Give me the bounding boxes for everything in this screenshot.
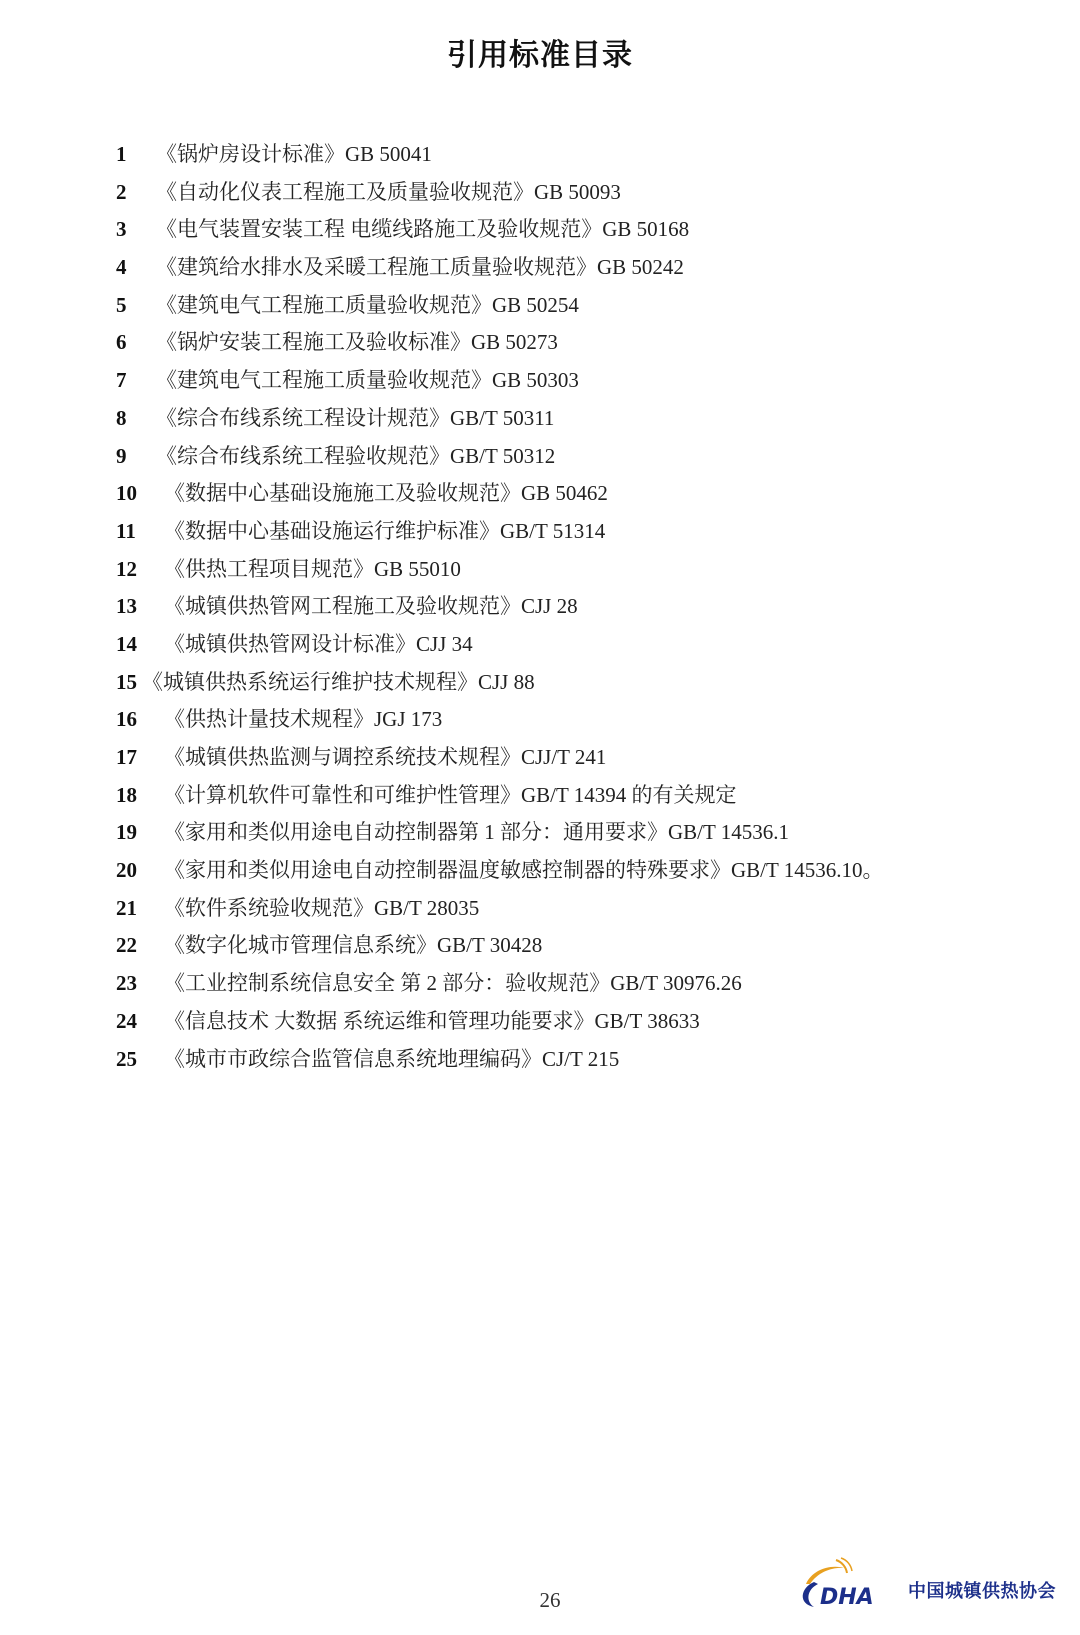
item-text: 《电气装置安装工程 电缆线路施工及验收规范》GB 50168 [156,211,689,249]
list-item: 2《自动化仪表工程施工及质量验收规范》GB 50093 [116,174,883,212]
dha-logo-icon: DHA [792,1554,902,1610]
item-text: 《家用和类似用途电自动控制器第 1 部分：通用要求》GB/T 14536.1 [164,814,789,852]
item-text: 《建筑电气工程施工质量验收规范》GB 50254 [156,287,579,325]
item-text: 《自动化仪表工程施工及质量验收规范》GB 50093 [156,174,621,212]
item-number: 10 [116,475,164,513]
item-number: 6 [116,324,156,362]
item-number: 14 [116,626,164,664]
item-text: 《供热工程项目规范》GB 55010 [164,551,461,589]
item-number: 16 [116,701,164,739]
item-text: 《建筑电气工程施工质量验收规范》GB 50303 [156,362,579,400]
list-item: 12《供热工程项目规范》GB 55010 [116,551,883,589]
list-item: 6《锅炉安装工程施工及验收标准》GB 50273 [116,324,883,362]
item-text: 《锅炉安装工程施工及验收标准》GB 50273 [156,324,558,362]
item-text: 《建筑给水排水及采暖工程施工质量验收规范》GB 50242 [156,249,684,287]
item-number: 20 [116,852,164,890]
item-number: 13 [116,588,164,626]
item-text: 《软件系统验收规范》GB/T 28035 [164,890,479,928]
item-text: 《城镇供热管网工程施工及验收规范》CJJ 28 [164,588,578,626]
item-number: 23 [116,965,164,1003]
association-name: 中国城镇供热协会 [908,1577,1056,1603]
page-title: 引用标准目录 [0,30,1080,74]
item-number: 9 [116,438,156,476]
item-text: 《综合布线系统工程设计规范》GB/T 50311 [156,400,554,438]
item-text: 《锅炉房设计标准》GB 50041 [156,136,432,174]
list-item: 15《城镇供热系统运行维护技术规程》CJJ 88 [116,664,883,702]
list-item: 21《软件系统验收规范》GB/T 28035 [116,890,883,928]
item-text: 《数据中心基础设施施工及验收规范》GB 50462 [164,475,608,513]
item-text: 《计算机软件可靠性和可维护性管理》GB/T 14394 的有关规定 [164,777,736,815]
list-item: 19《家用和类似用途电自动控制器第 1 部分：通用要求》GB/T 14536.1 [116,814,883,852]
list-item: 5《建筑电气工程施工质量验收规范》GB 50254 [116,287,883,325]
item-number: 4 [116,249,156,287]
item-text: 《工业控制系统信息安全 第 2 部分：验收规范》GB/T 30976.26 [164,965,742,1003]
standards-list: 1《锅炉房设计标准》GB 50041 2《自动化仪表工程施工及质量验收规范》GB… [116,136,883,1078]
list-item: 8《综合布线系统工程设计规范》GB/T 50311 [116,400,883,438]
item-number: 22 [116,927,164,965]
item-text: 《综合布线系统工程验收规范》GB/T 50312 [156,438,555,476]
item-text: 《城镇供热监测与调控系统技术规程》CJJ/T 241 [164,739,606,777]
item-number: 25 [116,1041,164,1079]
list-item: 25《城市市政综合监管信息系统地理编码》CJ/T 215 [116,1041,883,1079]
item-number: 19 [116,814,164,852]
list-item: 14《城镇供热管网设计标准》CJJ 34 [116,626,883,664]
item-number: 24 [116,1003,164,1041]
list-item: 17《城镇供热监测与调控系统技术规程》CJJ/T 241 [116,739,883,777]
item-text: 《城镇供热系统运行维护技术规程》CJJ 88 [142,664,535,702]
item-number: 7 [116,362,156,400]
item-text: 《供热计量技术规程》JGJ 173 [164,701,442,739]
item-number: 11 [116,513,164,551]
item-text: 《家用和类似用途电自动控制器温度敏感控制器的特殊要求》GB/T 14536.10… [164,852,883,890]
list-item: 13《城镇供热管网工程施工及验收规范》CJJ 28 [116,588,883,626]
list-item: 3《电气装置安装工程 电缆线路施工及验收规范》GB 50168 [116,211,883,249]
list-item: 11《数据中心基础设施运行维护标准》GB/T 51314 [116,513,883,551]
association-logo: DHA 中国城镇供热协会 [792,1552,1072,1612]
item-number: 12 [116,551,164,589]
list-item: 4《建筑给水排水及采暖工程施工质量验收规范》GB 50242 [116,249,883,287]
svg-text:DHA: DHA [820,1585,874,1610]
item-number: 2 [116,174,156,212]
item-number: 17 [116,739,164,777]
item-text: 《城镇供热管网设计标准》CJJ 34 [164,626,473,664]
item-number: 18 [116,777,164,815]
item-number: 5 [116,287,156,325]
list-item: 7《建筑电气工程施工质量验收规范》GB 50303 [116,362,883,400]
item-text: 《数字化城市管理信息系统》GB/T 30428 [164,927,542,965]
list-item: 24《信息技术 大数据 系统运维和管理功能要求》GB/T 38633 [116,1003,883,1041]
list-item: 10《数据中心基础设施施工及验收规范》GB 50462 [116,475,883,513]
item-number: 15 [116,664,142,702]
item-text: 《信息技术 大数据 系统运维和管理功能要求》GB/T 38633 [164,1003,700,1041]
item-number: 8 [116,400,156,438]
list-item: 22《数字化城市管理信息系统》GB/T 30428 [116,927,883,965]
list-item: 1《锅炉房设计标准》GB 50041 [116,136,883,174]
item-number: 3 [116,211,156,249]
list-item: 20《家用和类似用途电自动控制器温度敏感控制器的特殊要求》GB/T 14536.… [116,852,883,890]
item-number: 1 [116,136,156,174]
item-number: 21 [116,890,164,928]
item-text: 《数据中心基础设施运行维护标准》GB/T 51314 [164,513,605,551]
list-item: 23《工业控制系统信息安全 第 2 部分：验收规范》GB/T 30976.26 [116,965,883,1003]
item-text: 《城市市政综合监管信息系统地理编码》CJ/T 215 [164,1041,619,1079]
list-item: 16《供热计量技术规程》JGJ 173 [116,701,883,739]
list-item: 18《计算机软件可靠性和可维护性管理》GB/T 14394 的有关规定 [116,777,883,815]
list-item: 9《综合布线系统工程验收规范》GB/T 50312 [116,438,883,476]
